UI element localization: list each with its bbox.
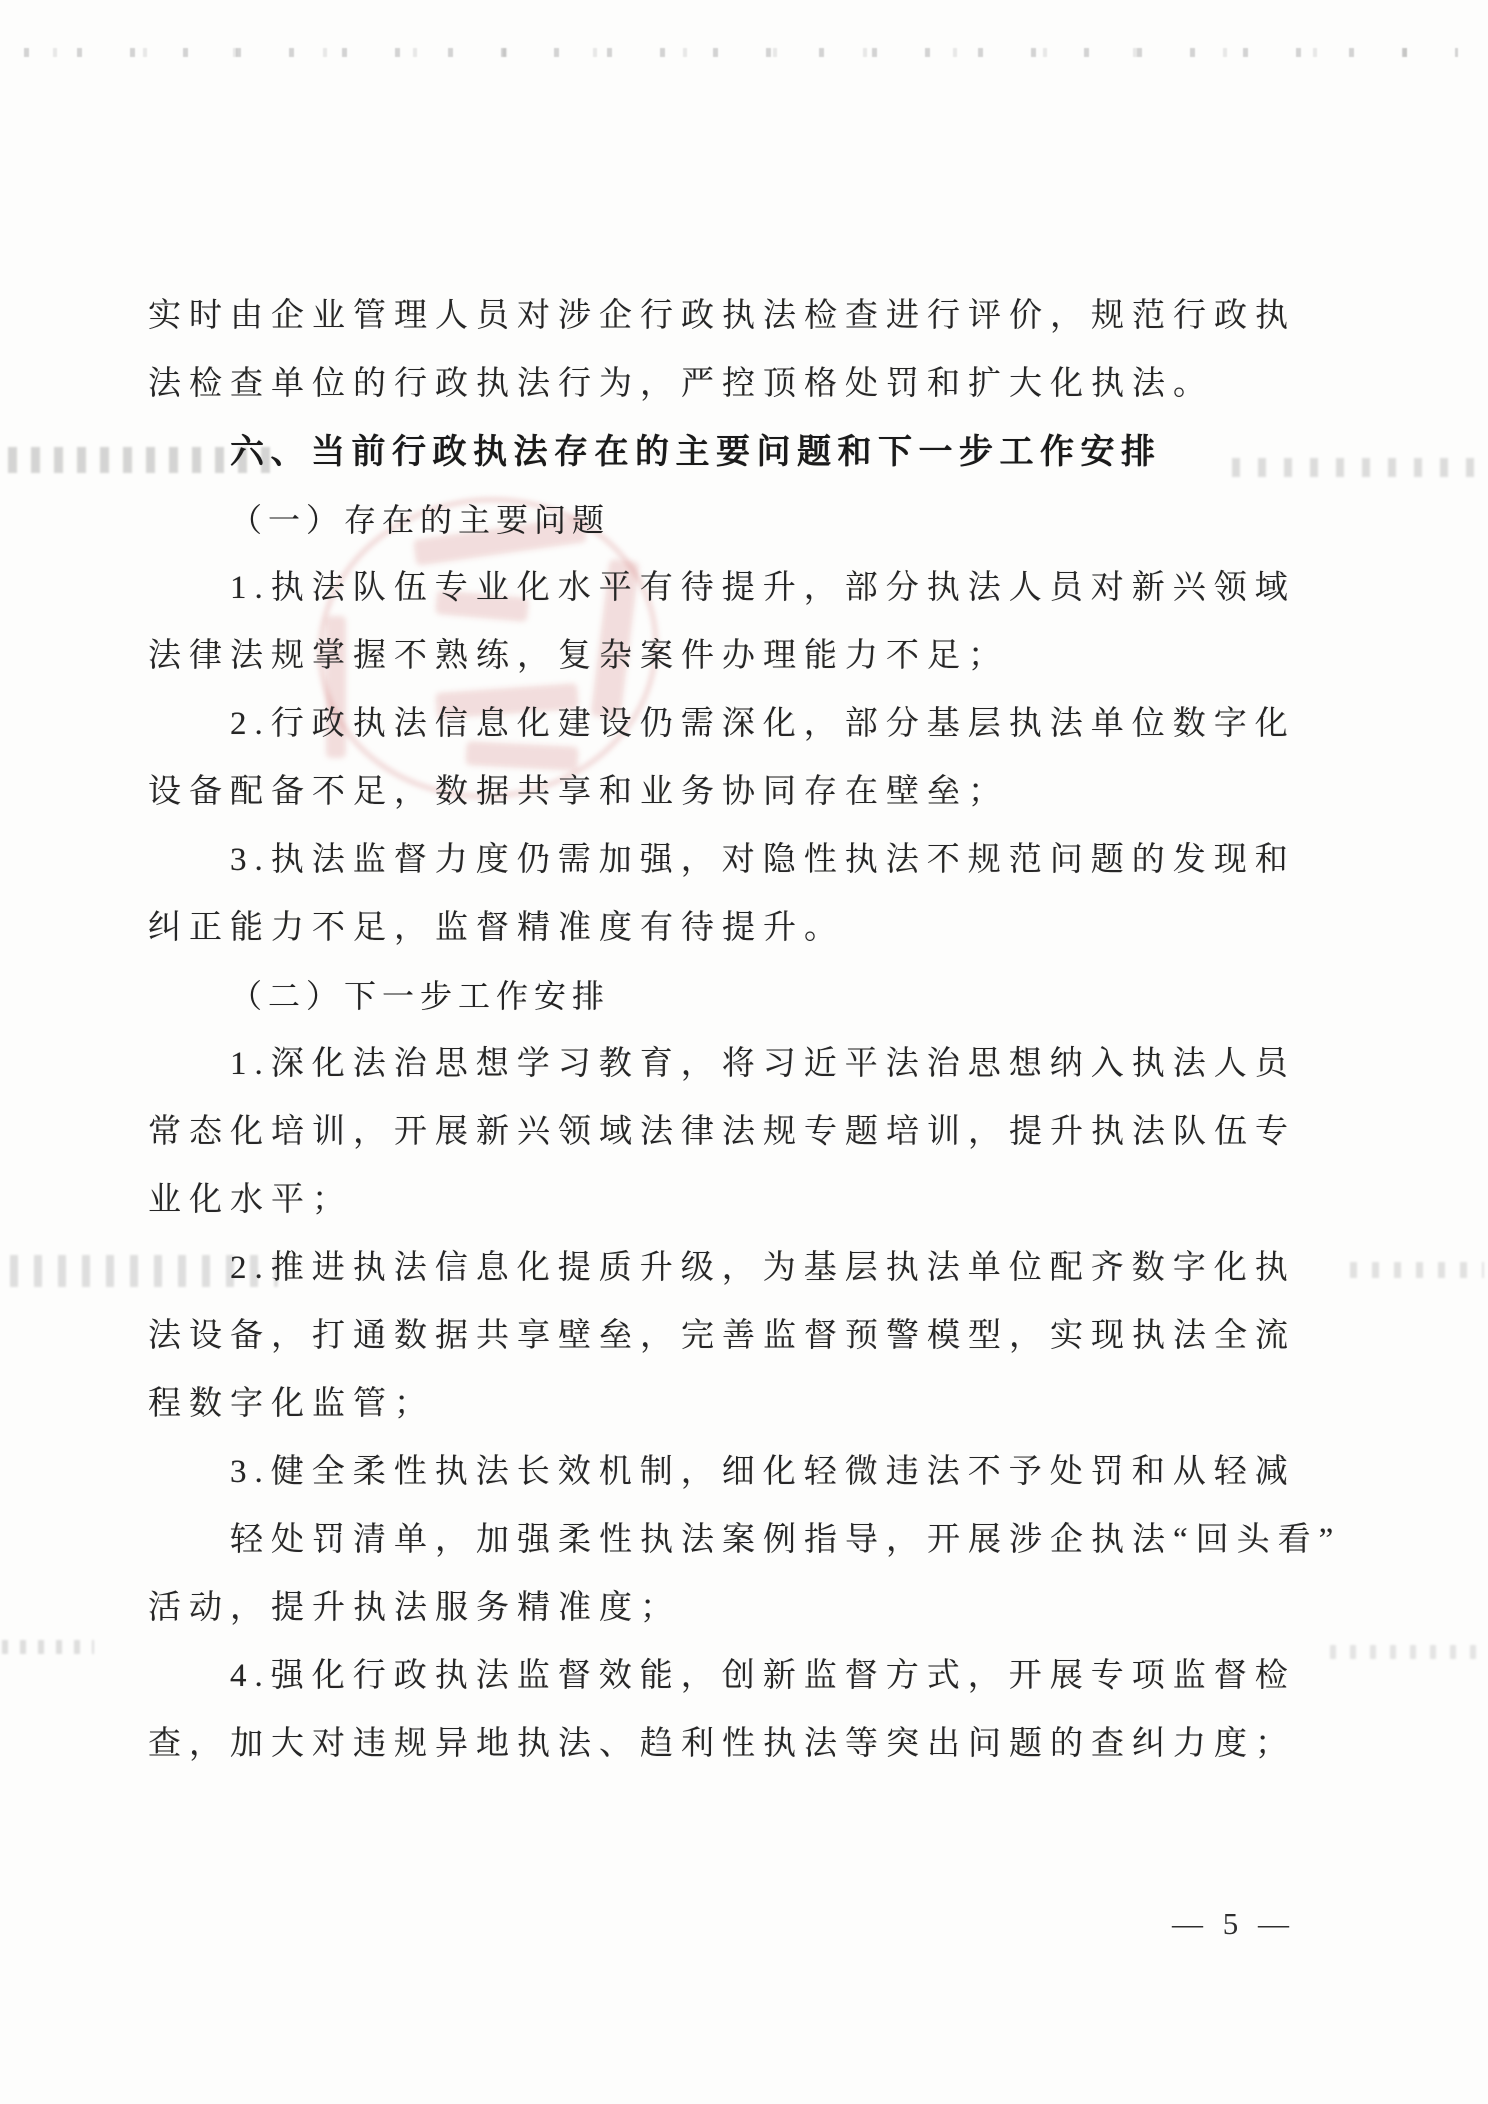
scan-smudge-left-lower	[2, 1640, 94, 1654]
body-text-line: 1.深化法治思想学习教育，将习近平法治思想纳入执法人员	[148, 1030, 1304, 1098]
scan-smudge-right-lower	[1330, 1645, 1482, 1659]
page-number: — 5 —	[1172, 1906, 1295, 1942]
body-text-line: 纠正能力不足，监督精准度有待提升。	[148, 894, 1304, 962]
subsection-heading: （二）下一步工作安排	[148, 962, 1304, 1030]
document-body: 实时由企业管理人员对涉企行政执法检查进行评价，规范行政执 法检查单位的行政执法行…	[148, 282, 1304, 1778]
body-text-line: 3.健全柔性执法长效机制，细化轻微违法不予处罚和从轻减	[148, 1438, 1304, 1506]
body-text-line: 2.行政执法信息化建设仍需深化，部分基层执法单位数字化	[148, 690, 1304, 758]
body-text-line: 实时由企业管理人员对涉企行政执法检查进行评价，规范行政执	[148, 282, 1304, 350]
body-text-line: 1.执法队伍专业化水平有待提升，部分执法人员对新兴领域	[148, 554, 1304, 622]
body-text-line: 轻处罚清单，加强柔性执法案例指导，开展涉企执法“回头看”	[148, 1506, 1304, 1574]
scan-smudge-right-mid	[1350, 1262, 1484, 1278]
body-text-line: 4.强化行政执法监督效能，创新监督方式，开展专项监督检	[148, 1642, 1304, 1710]
body-text-line: 业化水平；	[148, 1166, 1304, 1234]
scanned-document-page: 实时由企业管理人员对涉企行政执法检查进行评价，规范行政执 法检查单位的行政执法行…	[0, 0, 1488, 2104]
section-heading: 六、当前行政执法存在的主要问题和下一步工作安排	[148, 418, 1304, 486]
body-text-line: 2.推进执法信息化提质升级，为基层执法单位配齐数字化执	[148, 1234, 1304, 1302]
body-text-line: 程数字化监管；	[148, 1370, 1304, 1438]
subsection-heading: （一）存在的主要问题	[148, 486, 1304, 554]
body-text-line: 法检查单位的行政执法行为，严控顶格处罚和扩大化执法。	[148, 350, 1304, 418]
body-text-line: 查，加大对违规异地执法、趋利性执法等突出问题的查纠力度；	[148, 1710, 1304, 1778]
body-text-line: 活动，提升执法服务精准度；	[148, 1574, 1304, 1642]
body-text-line: 常态化培训，开展新兴领域法律法规专题培训，提升执法队伍专	[148, 1098, 1304, 1166]
body-text-line: 法设备，打通数据共享壁垒，完善监督预警模型，实现执法全流	[148, 1302, 1304, 1370]
body-text-line: 法律法规掌握不熟练，复杂案件办理能力不足；	[148, 622, 1304, 690]
body-text-line: 3.执法监督力度仍需加强，对隐性执法不规范问题的发现和	[148, 826, 1304, 894]
body-text-line: 设备配备不足，数据共享和业务协同存在壁垒；	[148, 758, 1304, 826]
scan-noise-top	[24, 48, 1458, 57]
